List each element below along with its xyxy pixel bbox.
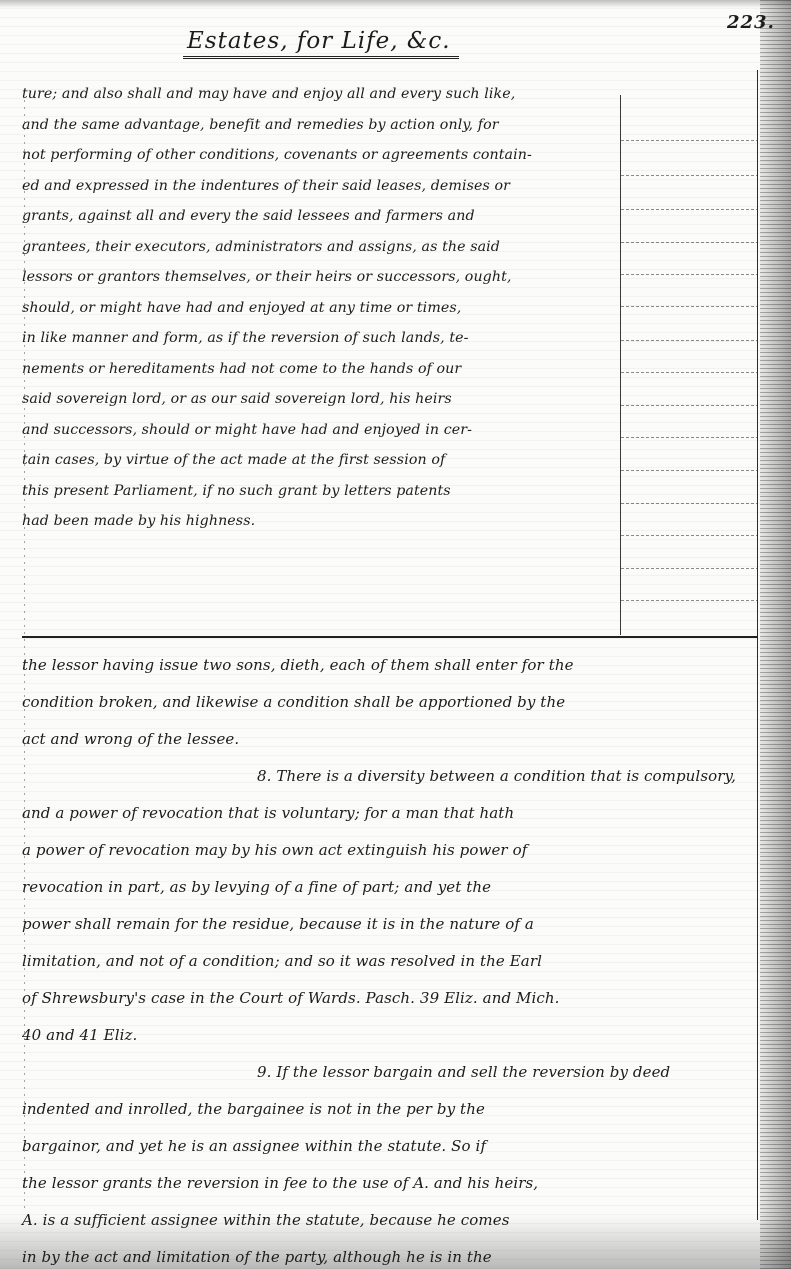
margin-line xyxy=(621,405,757,406)
text-line: A. is a sufficient assignee within the s… xyxy=(22,1198,757,1235)
text-line: grants, against all and every the said l… xyxy=(22,197,622,228)
text-line: indented and inrolled, the bargainee is … xyxy=(22,1087,757,1124)
margin-line xyxy=(621,306,757,307)
page-number: 223. xyxy=(727,12,775,33)
margin-line xyxy=(621,175,757,176)
margin-line xyxy=(621,340,757,341)
text-line: lessors or grantors themselves, or their… xyxy=(22,258,622,289)
text-line: not performing of other conditions, cove… xyxy=(22,136,622,167)
upper-text-block: ture; and also shall and may have and en… xyxy=(22,75,622,533)
text-line: in like manner and form, as if the rever… xyxy=(22,319,622,350)
text-line: limitation, and not of a condition; and … xyxy=(22,939,757,976)
lower-text-block: the lessor having issue two sons, dieth,… xyxy=(22,643,757,1269)
text-line: ed and expressed in the indentures of th… xyxy=(22,167,622,198)
text-line: act and wrong of the lessee. xyxy=(22,717,757,754)
text-line: revocation in part, as by levying of a f… xyxy=(22,865,757,902)
text-line: of Shrewsbury's case in the Court of War… xyxy=(22,976,757,1013)
text-line: said sovereign lord, or as our said sove… xyxy=(22,380,622,411)
page-binding-edge xyxy=(760,0,791,1269)
margin-line xyxy=(621,470,757,471)
margin-line xyxy=(621,209,757,210)
section-divider xyxy=(22,636,758,638)
text-line: bargainor, and yet he is an assignee wit… xyxy=(22,1124,757,1161)
text-line: had been made by his highness. xyxy=(22,502,622,533)
margin-line xyxy=(621,437,757,438)
text-line: condition broken, and likewise a conditi… xyxy=(22,680,757,717)
page-top-edge xyxy=(0,0,791,8)
text-line: nements or hereditaments had not come to… xyxy=(22,350,622,381)
paragraph-start-line: 8. There is a diversity between a condit… xyxy=(22,754,757,791)
margin-line xyxy=(621,503,757,504)
text-line: in by the act and limitation of the part… xyxy=(22,1235,757,1269)
text-line: power shall remain for the residue, beca… xyxy=(22,902,757,939)
text-line: the lessor having issue two sons, dieth,… xyxy=(22,643,757,680)
margin-line xyxy=(621,600,757,601)
margin-line xyxy=(621,568,757,569)
paragraph-start-line: 9. If the lessor bargain and sell the re… xyxy=(22,1050,757,1087)
margin-line xyxy=(621,535,757,536)
text-line: ture; and also shall and may have and en… xyxy=(22,75,622,106)
text-line: the lessor grants the reversion in fee t… xyxy=(22,1161,757,1198)
text-line: and the same advantage, benefit and reme… xyxy=(22,106,622,137)
text-line: tain cases, by virtue of the act made at… xyxy=(22,441,622,472)
text-line: should, or might have had and enjoyed at… xyxy=(22,289,622,320)
margin-line xyxy=(621,274,757,275)
text-line: 40 and 41 Eliz. xyxy=(22,1013,757,1050)
text-line: and successors, should or might have had… xyxy=(22,411,622,442)
text-line: and a power of revocation that is volunt… xyxy=(22,791,757,828)
running-head: Estates, for Life, &c. xyxy=(183,28,459,59)
outer-margin-rule xyxy=(757,70,758,1220)
margin-line xyxy=(621,242,757,243)
text-line: a power of revocation may by his own act… xyxy=(22,828,757,865)
margin-line xyxy=(621,140,757,141)
text-line: this present Parliament, if no such gran… xyxy=(22,472,622,503)
text-line: grantees, their executors, administrator… xyxy=(22,228,622,259)
margin-line xyxy=(621,372,757,373)
